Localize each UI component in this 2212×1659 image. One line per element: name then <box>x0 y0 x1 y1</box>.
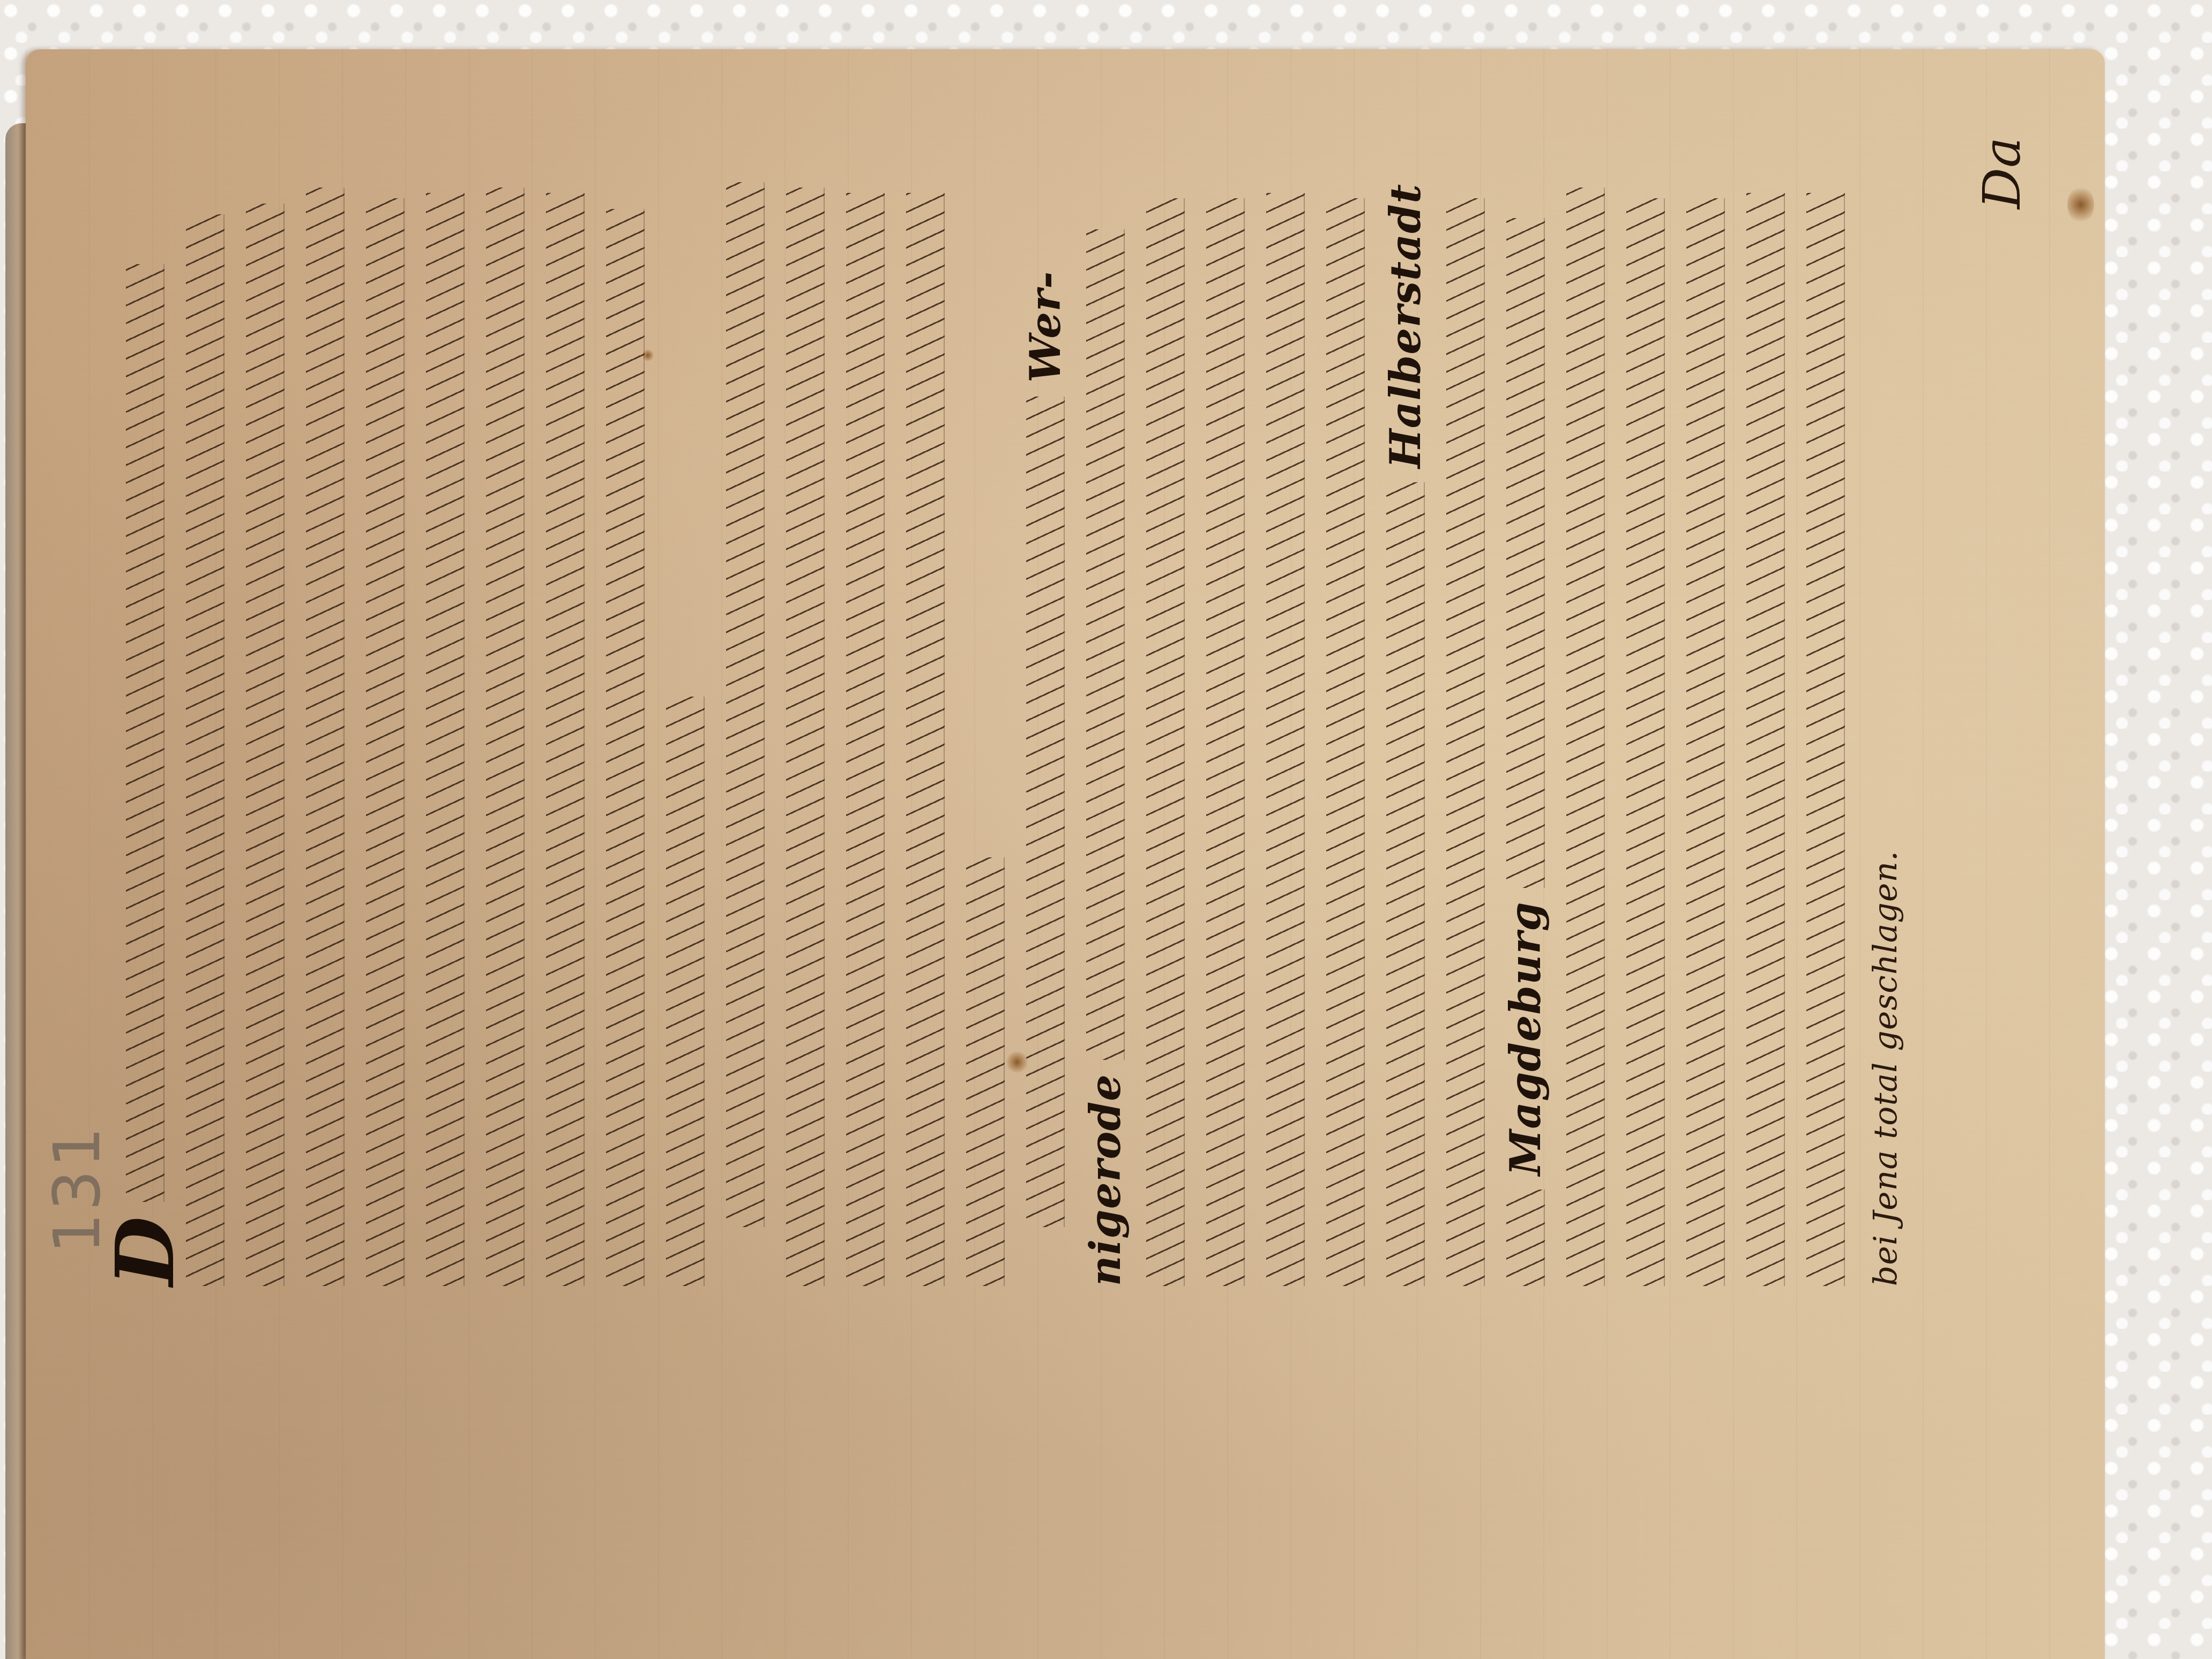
text-line <box>595 54 655 1286</box>
text-line <box>835 54 895 1286</box>
closing-phrase: bei Jena total geschlagen. <box>1867 850 1904 1286</box>
text-line <box>1195 54 1256 1286</box>
place-name-wernigerode-end: nigerode <box>1081 1074 1130 1286</box>
kurrent-line <box>966 857 1005 1286</box>
kurrent-line <box>1506 218 1545 888</box>
text-line: Wer- <box>1015 54 1075 1286</box>
kurrent-line <box>786 188 825 1286</box>
text-line <box>295 54 355 1286</box>
text-line <box>1316 54 1376 1286</box>
text-line: Halberstadt <box>1376 54 1436 1286</box>
text-line <box>175 54 235 1286</box>
text-line: bei Jena total geschlagen. <box>1856 54 1916 1286</box>
kurrent-line <box>1146 198 1185 1286</box>
text-line: D <box>115 54 175 1286</box>
kurrent-line <box>1566 188 1605 1286</box>
text-line <box>1135 54 1195 1286</box>
kurrent-line <box>1086 229 1125 1060</box>
text-line <box>1796 54 1856 1286</box>
text-line <box>355 54 415 1286</box>
kurrent-line <box>126 264 165 1202</box>
kurrent-line <box>306 188 345 1286</box>
kurrent-line <box>1386 482 1425 1286</box>
kurrent-line <box>906 193 945 1286</box>
text-line <box>1676 54 1736 1286</box>
text-line <box>1616 54 1676 1286</box>
place-name-halberstadt: Halberstadt <box>1381 184 1430 468</box>
kurrent-line <box>366 198 405 1286</box>
kurrent-line <box>846 193 885 1286</box>
kurrent-line <box>1506 1190 1545 1286</box>
foxing-spot <box>2067 186 2094 223</box>
text-line <box>475 54 535 1286</box>
kurrent-line <box>666 697 705 1286</box>
kurrent-line <box>1266 193 1305 1286</box>
kurrent-line <box>1446 198 1485 1286</box>
handwritten-text-block: D Wer- nigerode Halberstadt Magdeburg be… <box>115 54 1916 1286</box>
text-line <box>1256 54 1316 1286</box>
kurrent-line <box>606 209 645 1286</box>
text-line <box>1436 54 1496 1286</box>
text-line <box>775 54 835 1286</box>
text-line <box>235 54 295 1286</box>
place-name-magdeburg: Magdeburg <box>1501 902 1550 1176</box>
text-line: Magdeburg <box>1496 54 1556 1286</box>
kurrent-line <box>1326 198 1365 1286</box>
text-line <box>1556 54 1616 1286</box>
kurrent-line <box>1026 397 1065 1227</box>
text-line <box>715 54 775 1286</box>
kurrent-line <box>1806 193 1845 1286</box>
kurrent-line <box>1686 198 1725 1286</box>
kurrent-line <box>186 214 225 1286</box>
kurrent-line <box>1746 193 1785 1286</box>
kurrent-line <box>726 182 765 1227</box>
kurrent-line <box>426 193 465 1286</box>
kurrent-line <box>486 188 525 1286</box>
kurrent-line <box>546 193 585 1286</box>
text-line <box>535 54 595 1286</box>
kurrent-line <box>1206 198 1245 1286</box>
catchword: Da <box>1972 137 2032 209</box>
kurrent-line <box>246 204 285 1286</box>
text-line <box>895 54 955 1286</box>
text-line <box>1736 54 1796 1286</box>
text-line <box>415 54 475 1286</box>
initial-letter: D <box>98 1216 192 1286</box>
text-line: nigerode <box>1075 54 1135 1286</box>
text-line <box>655 54 715 1286</box>
text-line <box>955 54 1015 1286</box>
place-name-wernigerode-start: Wer- <box>1021 271 1070 383</box>
kurrent-line <box>1626 198 1665 1286</box>
